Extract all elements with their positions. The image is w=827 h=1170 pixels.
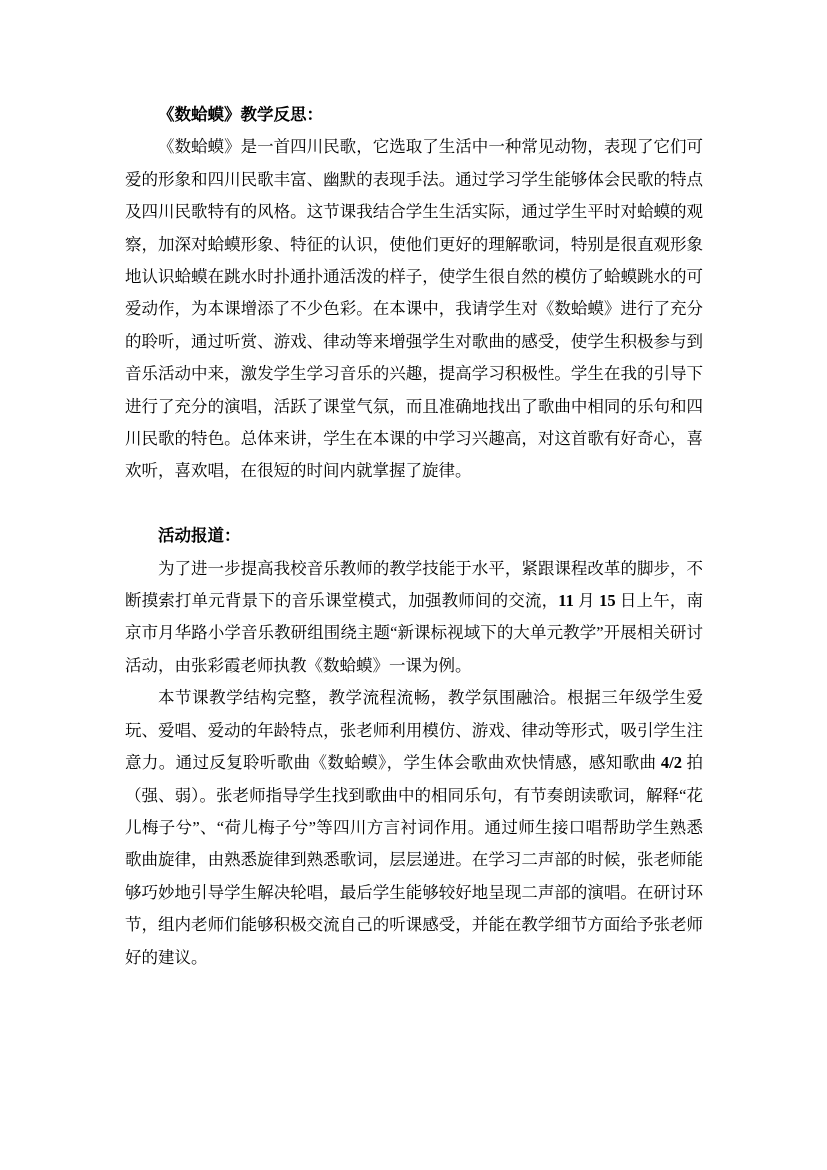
section-activity-report: 活动报道： 为了进一步提高我校音乐教师的教学技能于水平，紧跟课程改革的脚步，不断… — [125, 520, 703, 974]
teaching-reflection-heading: 《数蛤蟆》教学反思： — [125, 99, 703, 131]
date-month-number: 11 — [558, 591, 574, 610]
meter-number: 4/2 — [661, 753, 682, 772]
text-run: 拍（强、弱）。张老师指导学生找到歌曲中的相同乐句，有节奏朗读歌词，解释“花儿梅子… — [125, 753, 703, 966]
text-run: 《数蛤蟆》是一首四川民歌，它选取了生活中一种常见动物，表现了它们可爱的形象和四川… — [125, 137, 703, 480]
activity-report-paragraph-2: 本节课教学结构完整，教学流程流畅，教学氛围融洽。根据三年级学生爱玩、爱唱、爱动的… — [125, 682, 703, 974]
text-run: 月 — [574, 591, 599, 610]
section-teaching-reflection: 《数蛤蟆》教学反思： 《数蛤蟆》是一首四川民歌，它选取了生活中一种常见动物，表现… — [125, 99, 703, 488]
activity-report-heading: 活动报道： — [125, 520, 703, 552]
teaching-reflection-paragraph: 《数蛤蟆》是一首四川民歌，它选取了生活中一种常见动物，表现了它们可爱的形象和四川… — [125, 131, 703, 487]
date-day-number: 15 — [599, 591, 616, 610]
activity-report-paragraph-1: 为了进一步提高我校音乐教师的教学技能于水平，紧跟课程改革的脚步，不断摸索打单元背… — [125, 553, 703, 683]
document-page: 《数蛤蟆》教学反思： 《数蛤蟆》是一首四川民歌，它选取了生活中一种常见动物，表现… — [0, 0, 827, 1170]
text-run: 本节课教学结构完整，教学流程流畅，教学氛围融洽。根据三年级学生爱玩、爱唱、爱动的… — [125, 688, 703, 772]
